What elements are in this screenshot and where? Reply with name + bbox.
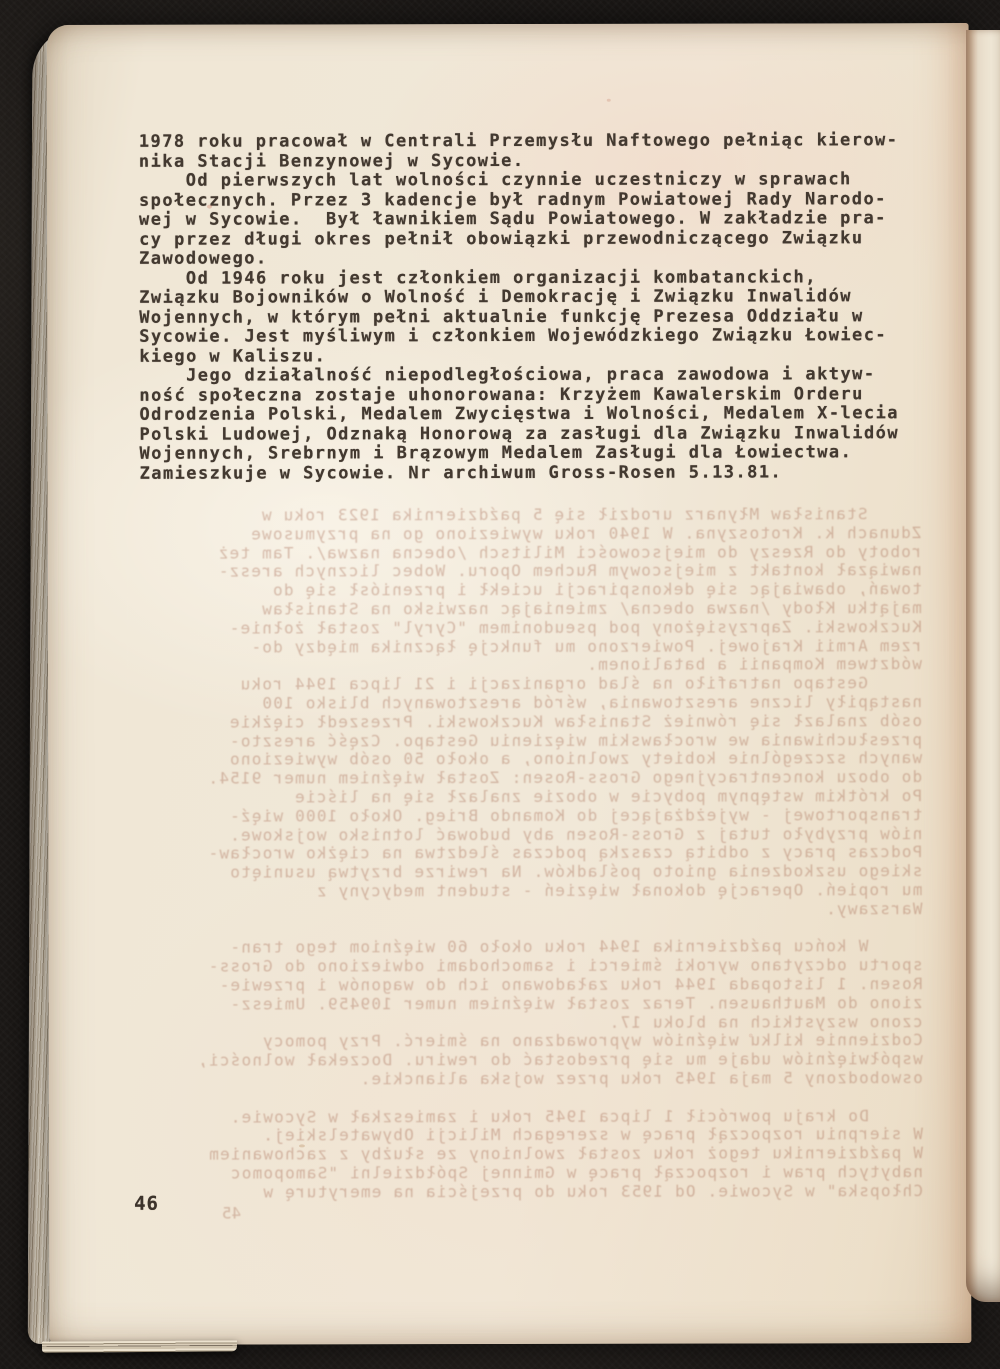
page-edges-bottom bbox=[42, 1340, 237, 1352]
paper-speck bbox=[607, 99, 611, 102]
page-body-text: 1978 roku pracował w Centrali Przemysłu … bbox=[139, 131, 899, 484]
paper-speck bbox=[749, 1033, 753, 1037]
adjacent-page-gutter-edge bbox=[966, 30, 1000, 1302]
paper-speck bbox=[299, 1144, 305, 1147]
page-number: 46 bbox=[134, 1193, 159, 1215]
book-page: Stanisław Młynarz urodził się 5 paździer… bbox=[47, 23, 972, 1345]
show-through-page-number: 45 bbox=[181, 1204, 241, 1223]
paper-speck bbox=[207, 205, 212, 209]
show-through-text: Stanisław Młynarz urodził się 5 paździer… bbox=[130, 505, 923, 1202]
scanned-book-photo: Stanisław Młynarz urodził się 5 paździer… bbox=[0, 0, 1000, 1369]
